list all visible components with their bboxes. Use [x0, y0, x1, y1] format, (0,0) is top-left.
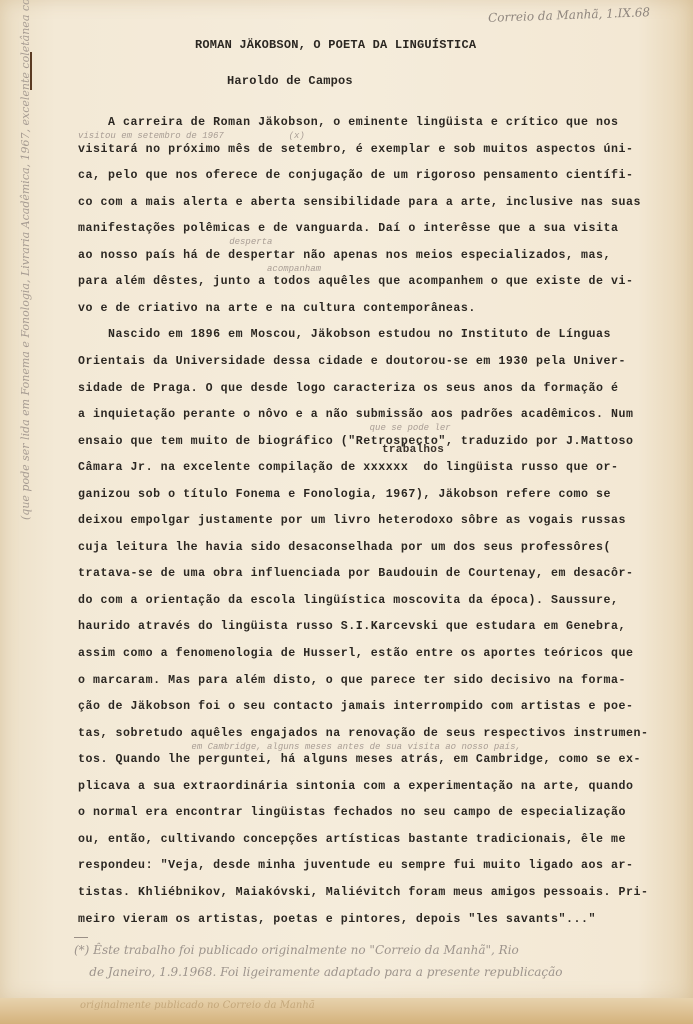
typed-line: ção de Jäkobson foi o seu contacto jamai…: [78, 700, 634, 713]
interlinear-note: em Cambridge, alguns meses antes de sua …: [78, 742, 521, 752]
margin-handwritten-note: (que pode ser lida em Fonema e Fonologia…: [18, 0, 33, 520]
typed-line: do com a orientação da escola lingüístic…: [78, 594, 619, 607]
typed-line: vo e de criativo na arte e na cultura co…: [78, 302, 476, 315]
typed-line: a inquietação perante o nôvo e a não sub…: [78, 408, 634, 421]
typed-line: Nascido em 1896 em Moscou, Jäkobson estu…: [78, 328, 611, 341]
typed-line: Câmara Jr. na excelente compilação de xx…: [78, 461, 619, 474]
typed-line: tistas. Khliébnikov, Maiakóvski, Maliévi…: [78, 886, 649, 899]
article-author: Haroldo de Campos: [227, 74, 353, 88]
footnote-line: (*) Êste trabalho foi publicado original…: [74, 943, 519, 957]
typed-line: meiro vieram os artistas, poetas e pinto…: [78, 913, 596, 926]
typed-line: para além dêstes, junto a todos aquêles …: [78, 275, 634, 288]
typed-line: manifestações polêmicas e de vanguarda. …: [78, 222, 619, 235]
typed-line: ganizou sob o título Fonema e Fonologia,…: [78, 488, 611, 501]
typed-line: assim como a fenomenologia de Husserl, e…: [78, 647, 634, 660]
typed-line: ensaio que tem muito de biográfico ("Ret…: [78, 435, 634, 448]
typed-line: haurido através do lingüista russo S.I.K…: [78, 620, 626, 633]
typed-line: ao nosso país há de despertar não apenas…: [78, 249, 611, 262]
typed-line: cuja leitura lhe havia sido desaconselha…: [78, 541, 611, 554]
interlinear-note: que se pode ler: [78, 423, 451, 433]
typed-line: sidade de Praga. O que desde logo caract…: [78, 382, 619, 395]
interlinear-note: acompanham: [78, 264, 321, 274]
inserted-word: trabalhos: [382, 444, 444, 456]
typed-line: A carreira de Roman Jäkobson, o eminente…: [78, 116, 619, 129]
article-title: ROMAN JÄKOBSON, O POETA DA LINGUÍSTICA: [195, 38, 476, 52]
typed-line: o marcaram. Mas para além disto, o que p…: [78, 674, 626, 687]
typed-line: ca, pelo que nos oferece de conjugação d…: [78, 169, 634, 182]
interlinear-note: desperta: [78, 237, 272, 247]
typed-line: visitará no próximo mês de setembro, é e…: [78, 143, 634, 156]
typed-line: o normal era encontrar lingüistas fechad…: [78, 806, 626, 819]
typed-line: tos. Quando lhe perguntei, há alguns mes…: [78, 753, 641, 766]
footnote-rule: [74, 937, 88, 938]
typed-line: respondeu: "Veja, desde minha juventude …: [78, 859, 634, 872]
typed-line: ou, então, cultivando concepções artísti…: [78, 833, 626, 846]
typed-line: Orientais da Universidade dessa cidade e…: [78, 355, 626, 368]
typed-line: plicava a sua extraordinária sintonia co…: [78, 780, 634, 793]
typed-line: co com a mais alerta e aberta sensibilid…: [78, 196, 641, 209]
interlinear-note: visitou em setembro de 1967 (x): [78, 131, 305, 141]
typed-line: deixou empolgar justamente por um livro …: [78, 514, 626, 527]
typed-line: tratava-se de uma obra influenciada por …: [78, 567, 634, 580]
typed-line: tas, sobretudo aquêles engajados na reno…: [78, 727, 649, 740]
underlying-page-text: originalmente publicado no Correio da Ma…: [80, 1000, 315, 1011]
footnote-line: de Janeiro, 1.9.1968. Foi ligeiramente a…: [74, 965, 563, 979]
